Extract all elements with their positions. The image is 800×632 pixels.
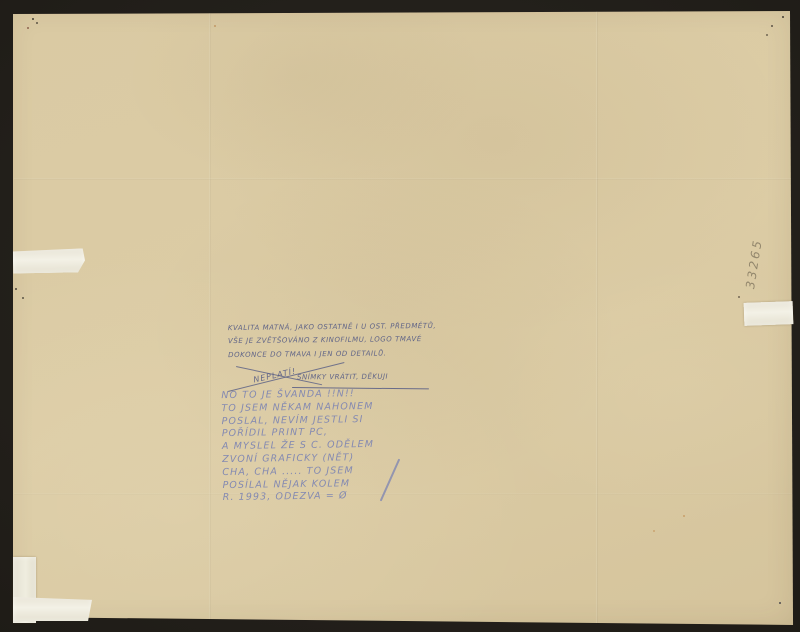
fold-crease-horizontal-lower (14, 493, 792, 495)
pencil-note: NO TO JE ŠVANDA !!N!! TO JSEM NĚKAM NAHO… (221, 388, 375, 505)
fold-crease-vertical-right (596, 10, 598, 624)
signature-line: SNÍMKY VRÁTIT, DĚKUJI (297, 373, 388, 382)
ink-note: KVALITA MATNÁ, JAKO OSTATNĚ I U OST. PŘE… (228, 320, 437, 362)
fold-crease-vertical-left (209, 10, 211, 624)
pencil-note-line: CHA, CHA ..... TO JSEM (222, 465, 374, 480)
fold-crease-horizontal-upper (14, 178, 792, 180)
tape-strip-left-edge (13, 248, 85, 273)
dust-speck (27, 27, 29, 29)
dust-speck (738, 296, 740, 298)
ink-note-line: VŠE JE ZVĚTŠOVÁNO Z KINOFILMU, LOGO TMAV… (228, 333, 436, 349)
dust-speck (766, 34, 768, 36)
photo-scan-backdrop: 33265 KVALITA MATNÁ, JAKO OSTATNĚ I U OS… (0, 0, 800, 632)
dust-speck (214, 25, 216, 27)
ink-note-line: DOKONCE DO TMAVA I JEN OD DETAILŮ. (228, 347, 436, 363)
dust-speck (36, 22, 38, 24)
dust-speck (683, 515, 685, 517)
pencil-note-line: R. 1993, ODEZVA = Ø (223, 490, 375, 505)
paper-sheet-verso (0, 0, 800, 632)
dust-speck (771, 25, 773, 27)
tape-strip-bottom-horizontal (13, 597, 92, 621)
dust-speck (15, 288, 17, 290)
dust-speck (782, 16, 784, 18)
dust-speck (22, 297, 24, 299)
dust-speck (779, 602, 781, 604)
dust-speck (653, 530, 655, 532)
dust-speck (32, 18, 34, 20)
